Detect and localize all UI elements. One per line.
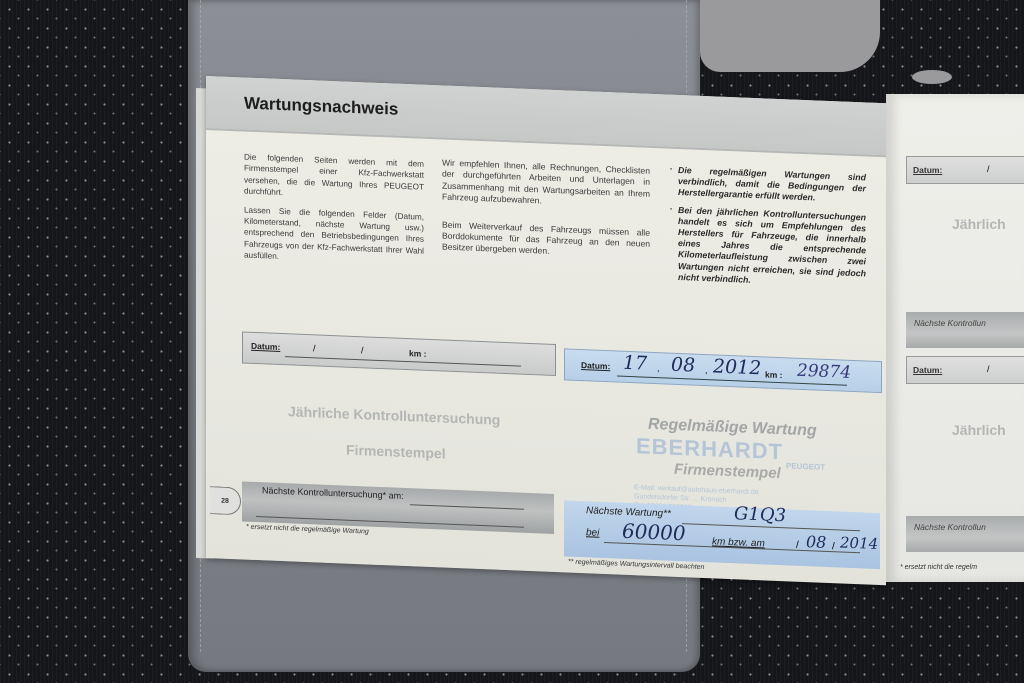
- handwritten-next-km: 60000: [622, 519, 686, 546]
- intro-paragraph: Lassen Sie die folgenden Felder (Datum, …: [244, 204, 424, 268]
- date-separator: /: [313, 343, 316, 353]
- date-separator: /: [987, 364, 990, 374]
- right-page-heading-2: Jährlich: [952, 422, 1006, 438]
- right-page-date-field-2[interactable]: Datum: /: [906, 356, 1024, 384]
- handwritten-service-code: G1Q3: [734, 503, 786, 526]
- next-annual-check-underline: [410, 504, 524, 510]
- intro-column-1: Die folgenden Seiten werden mit dem Firm…: [244, 152, 424, 276]
- next-check-label: Nächste Kontrollun: [914, 522, 986, 532]
- handwritten-km: 29874: [797, 361, 851, 383]
- date-label: Datum:: [913, 365, 942, 375]
- km-or-date-label: km bzw. am: [712, 536, 765, 549]
- km-label: km :: [409, 348, 426, 359]
- page-title: Wartungsnachweis: [244, 94, 398, 120]
- handwritten-year: 2012: [713, 355, 761, 379]
- next-service-label: Nächste Wartung**: [586, 505, 671, 519]
- date-label: Datum:: [581, 360, 610, 371]
- dealer-stamp-brand: PEUGEOT: [786, 461, 825, 472]
- intro-paragraph: Die folgenden Seiten werden mit dem Firm…: [244, 152, 424, 205]
- date-label: Datum:: [913, 165, 942, 175]
- booklet-page-left: Wartungsnachweis Die folgenden Seiten we…: [206, 76, 886, 585]
- bullet-note: Bei den jährlichen Kontrolluntersuchunge…: [670, 204, 866, 290]
- annual-check-heading: Jährliche Kontrolluntersuchung: [288, 403, 500, 428]
- next-service-field[interactable]: Nächste Wartung** G1Q3 bei 60000 km bzw.…: [564, 500, 880, 569]
- intro-column-3: Die regelmäßigen Wartungen sind verbindl…: [670, 165, 866, 297]
- handwritten-next-month: 08: [806, 532, 826, 552]
- right-page-date-field[interactable]: Datum: /: [906, 156, 1024, 184]
- page-number-tab: 28: [210, 486, 241, 515]
- right-page-next-check-field-2[interactable]: Nächste Kontrollun: [906, 516, 1024, 552]
- next-annual-check-label: Nächste Kontrolluntersuchung* am:: [262, 485, 404, 501]
- regular-service-stamp-label: Firmenstempel: [674, 461, 781, 482]
- right-page-footnote: * ersetzt nicht die regelm: [900, 564, 977, 571]
- right-page-next-check-field[interactable]: Nächste Kontrollun: [906, 312, 1024, 348]
- intro-paragraph: Wir empfehlen Ihnen, alle Rechnungen, Ch…: [442, 157, 650, 211]
- intro-column-2: Wir empfehlen Ihnen, alle Rechnungen, Ch…: [442, 157, 650, 268]
- service-booklet: Wartungsnachweis Die folgenden Seiten we…: [196, 68, 1024, 588]
- booklet-page-right: Datum: / Jährlich Nächste Kontrollun Dat…: [886, 94, 1024, 582]
- page-header: Wartungsnachweis: [206, 76, 886, 157]
- right-page-heading: Jährlich: [952, 216, 1006, 232]
- next-check-label: Nächste Kontrollun: [914, 318, 986, 328]
- bullet-note: Die regelmäßigen Wartungen sind verbindl…: [670, 165, 866, 206]
- regular-service-date-field[interactable]: Datum: 17 , 08 , 2012 km : 29874: [564, 348, 882, 393]
- handwritten-next-year: 2014: [840, 533, 878, 553]
- at-km-label: bei: [586, 527, 599, 539]
- date-underline: [285, 356, 521, 366]
- annual-check-stamp-label: Firmenstempel: [346, 442, 446, 462]
- date-label: Datum:: [251, 341, 280, 352]
- km-label: km :: [765, 369, 782, 380]
- redacted-area: [700, 0, 880, 72]
- date-separator: /: [987, 164, 990, 174]
- handwritten-month: 08: [671, 354, 695, 377]
- intro-paragraph: Beim Weiterverkauf des Fahrzeugs müssen …: [442, 219, 650, 262]
- annual-check-date-field[interactable]: Datum: / / km :: [242, 331, 556, 376]
- handwritten-day: 17: [623, 352, 647, 375]
- date-separator: /: [361, 345, 364, 355]
